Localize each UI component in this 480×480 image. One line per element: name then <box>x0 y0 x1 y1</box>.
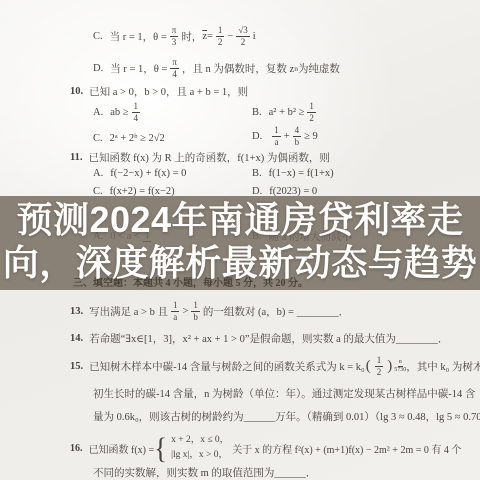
question-number: 13. <box>70 306 83 317</box>
formula-text: > <box>182 306 188 317</box>
question-15-line-3: 量为 0.6k₀，则该古树的树龄约为______万年。（精确到 0.01）（lg… <box>93 408 480 424</box>
question-15-line-1: 15. 已知树木样本中碳-14 含量与树龄之间的函数关系式为 k = k₀ ( … <box>70 352 480 380</box>
formula-text: − <box>227 31 233 42</box>
question-15-line-2: 初生长时的碳-14 含量，n 为树龄（单位：年）。通过测定发现某古树样品中碳-1… <box>93 386 475 400</box>
fraction: π3 <box>170 25 179 47</box>
fraction: 1a <box>272 125 281 147</box>
option-label: C. <box>93 186 103 197</box>
formula-text: a² + b² ≥ <box>269 107 305 118</box>
formula-text: f(x+2) = f(x−2) <box>110 186 175 197</box>
question-number: 11. <box>70 152 83 163</box>
banner-headline: 预测2024年南通房贷利率走 向，深度解析最新动态与趋势 <box>0 198 480 284</box>
question-number: 16. <box>70 443 83 454</box>
question-text: 的一组数对 (a，b) = ________． <box>203 304 349 319</box>
fraction: 12 <box>375 355 384 377</box>
question-number: 15. <box>70 361 83 372</box>
fraction: 1b <box>191 300 200 322</box>
question-10-option-a: A. ab ≥ 14 <box>93 98 143 126</box>
right-paren: ) <box>387 358 392 375</box>
formula-text: ≥ 9 <box>304 131 318 142</box>
fraction: 1a <box>171 300 180 322</box>
formula-text: 为纯虚数 <box>298 61 340 76</box>
option-label: A. <box>93 168 103 179</box>
option-label: D. <box>93 63 103 74</box>
question-text: 不同的实数解，则实数 m 的取值范围为______． <box>93 465 316 480</box>
option-label: C. <box>93 133 103 144</box>
formula-text: 时， <box>181 29 202 44</box>
banner-headline-line2: 向，深度解析最新动态与趋势 <box>0 241 480 284</box>
question-text: 已知函数 f(x) 为 R 上的奇函数，f(1+x) 为偶函数，则 <box>89 150 330 165</box>
question-text: 已知树木样本中碳-14 含量与树龄之间的函数关系式为 k = k₀ <box>89 359 365 374</box>
formula-text: i <box>253 31 256 42</box>
piecewise-brace: { <box>154 431 167 465</box>
fraction: 12 <box>216 25 225 47</box>
question-16-line-1: 16. 已知函数 f(x) = { x + 2，x ≤ 0， |lg x|，x … <box>70 430 461 466</box>
fraction: √32 <box>236 25 249 47</box>
exponent-fraction: n5730 <box>394 359 406 373</box>
question-11-stem: 11. 已知函数 f(x) 为 R 上的奇函数，f(1+x) 为偶函数，则 <box>70 150 330 164</box>
formula-text: 2ᵃ + 2ᵇ ≥ 2√2 <box>110 133 165 144</box>
question-text: 已知 a > 0，b > 0，且 a + b = 1，则 <box>89 84 248 99</box>
formula-text: f(−2−x) + f(x) = 0 <box>110 168 186 179</box>
news-banner-overlay: A. 0 < a < 1 B. 随 a 的增大而减小 C. 三、填空题：本题共 … <box>0 196 480 290</box>
question-13: 13. 写出满足 a > b 且 1a > 1b 的一组数对 (a，b) = _… <box>70 296 349 326</box>
question-number: 10. <box>70 86 83 97</box>
option-label: C. <box>93 31 103 42</box>
option-label: D. <box>252 131 262 142</box>
question-16-line-2: 不同的实数解，则实数 m 的取值范围为______． <box>93 465 316 479</box>
question-10-option-d: D. 1a + 4b ≥ 9 <box>252 122 318 150</box>
exam-paper-photo: C. 当 r = 1，θ = π3 时， z = 12 − √32 i D. 当… <box>0 0 480 480</box>
question-9-option-c: C. 当 r = 1，θ = π3 时， z = 12 − √32 i <box>93 22 256 50</box>
question-10-stem: 10. 已知 a > 0，b > 0，且 a + b = 1，则 <box>70 84 248 98</box>
formula-text: 当 r = 1，θ = <box>110 61 167 76</box>
question-11-option-a: A. f(−2−x) + f(x) = 0 <box>93 166 186 180</box>
piecewise-case-2: |lg x|，x > 0， <box>171 448 229 463</box>
question-text: 若命题“∃x∈[1，3]，x² + ax + 1 > 0”是假命题，则实数 a … <box>89 331 448 346</box>
piecewise-cases: x + 2，x ≤ 0， |lg x|，x > 0， <box>171 433 229 462</box>
left-paren: ( <box>366 358 371 375</box>
formula-text: = <box>207 31 213 42</box>
question-text: 已知函数 f(x) = <box>89 441 155 456</box>
fraction: π4 <box>170 57 179 79</box>
formula-text: f(2023) = 0 <box>269 186 317 197</box>
formula-text: f(1−x) = f(1+x) <box>269 168 334 179</box>
banner-headline-line1: 预测2024年南通房贷利率走 <box>0 198 480 241</box>
option-label: D. <box>252 186 262 197</box>
question-text: 关于 x 的方程 f²(x) + (m+1)f(x) − 2m² + 2m = … <box>232 441 461 456</box>
formula-text: 当 r = 1，θ = <box>110 29 167 44</box>
option-label: B. <box>252 168 262 179</box>
formula-text: ，且 n 为偶数时，复数 z <box>182 61 294 76</box>
formula-text: ab ≥ <box>110 107 128 118</box>
fraction: 14 <box>132 101 141 123</box>
question-text: 量为 0.6k₀，则该古树的树龄约为______万年。（精确到 0.01）（lg… <box>93 409 480 424</box>
question-10-option-c: C. 2ᵃ + 2ᵇ ≥ 2√2 <box>93 124 165 152</box>
piecewise-case-1: x + 2，x ≤ 0， <box>171 433 229 448</box>
question-14: 14. 若命题“∃x∈[1，3]，x² + ax + 1 > 0”是假命题，则实… <box>70 330 448 346</box>
option-label: A. <box>93 107 103 118</box>
formula-text: + <box>284 131 290 142</box>
fraction: 12 <box>307 101 316 123</box>
question-text: 初生长时的碳-14 含量，n 为树龄（单位：年）。通过测定发现某古树样品中碳-1… <box>93 386 475 401</box>
question-text: ，其中 k₀ 为树木最 <box>406 359 480 374</box>
question-11-option-b: B. f(1−x) = f(1+x) <box>252 166 334 180</box>
fraction: 4b <box>293 125 302 147</box>
question-9-option-d: D. 当 r = 1，θ = π4 ，且 n 为偶数时，复数 z n 为纯虚数 <box>93 54 340 82</box>
option-label: B. <box>252 107 262 118</box>
question-number: 14. <box>70 333 83 344</box>
question-text: 写出满足 a > b 且 <box>89 304 168 319</box>
